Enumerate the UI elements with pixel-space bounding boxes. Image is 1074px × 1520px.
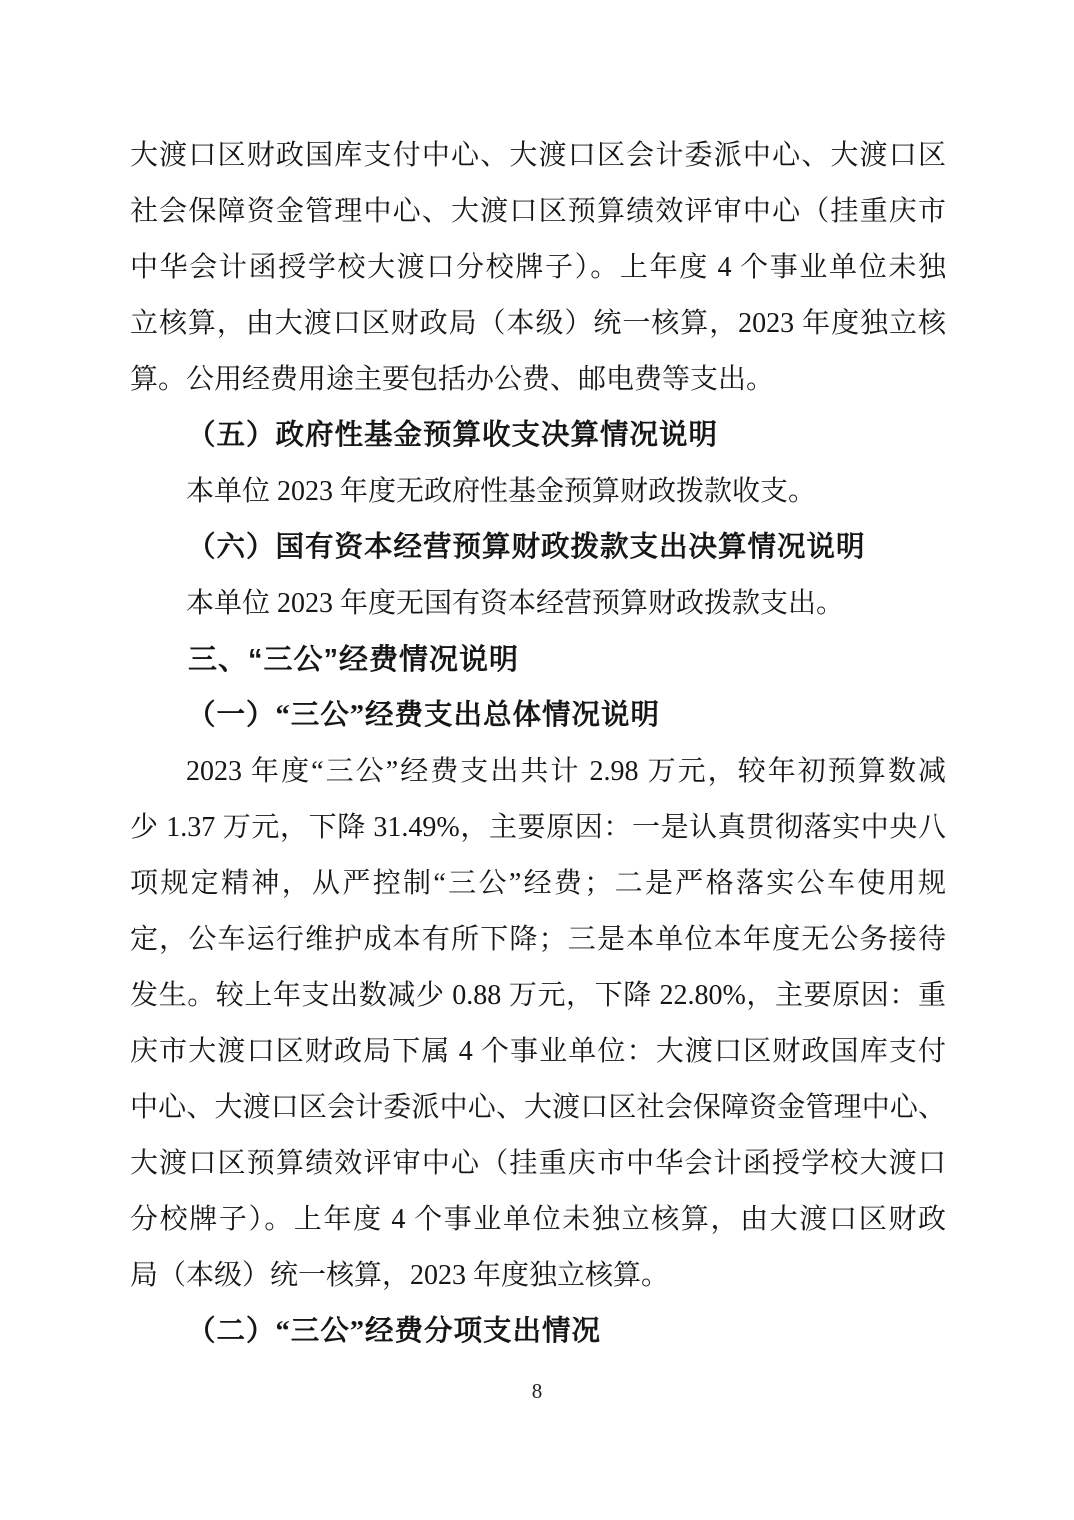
text-line: 中华会计函授学校大渡口分校牌子）。上年度 4 个事业单位未独 (130, 240, 946, 296)
subsection-heading: （六）国有资本经营预算财政拨款支出决算情况说明 (130, 520, 946, 576)
text-line: 立核算，由大渡口区财政局（本级）统一核算，2023 年度独立核 (130, 296, 946, 352)
paragraph: 本单位 2023 年度无政府性基金预算财政拨款收支。 (130, 464, 946, 520)
text-line: 少 1.37 万元，下降 31.49%，主要原因：一是认真贯彻落实中央八 (130, 800, 946, 856)
text-line: 本单位 2023 年度无国有资本经营预算财政拨款支出。 (130, 576, 946, 632)
subsection-heading: （二）“三公”经费分项支出情况 (130, 1304, 946, 1360)
text-line: 分校牌子）。上年度 4 个事业单位未独立核算，由大渡口区财政 (130, 1192, 946, 1248)
document-page: 大渡口区财政国库支付中心、大渡口区会计委派中心、大渡口区社会保障资金管理中心、大… (0, 0, 1074, 1520)
paragraph: 大渡口区财政国库支付中心、大渡口区会计委派中心、大渡口区社会保障资金管理中心、大… (130, 128, 946, 408)
text-line: 中心、大渡口区会计委派中心、大渡口区社会保障资金管理中心、 (130, 1080, 946, 1136)
page-number: 8 (0, 1378, 1074, 1404)
subsection-heading: （一）“三公”经费支出总体情况说明 (130, 688, 946, 744)
paragraph: 本单位 2023 年度无国有资本经营预算财政拨款支出。 (130, 576, 946, 632)
text-line: 发生。较上年支出数减少 0.88 万元，下降 22.80%，主要原因：重 (130, 968, 946, 1024)
text-line: 局（本级）统一核算，2023 年度独立核算。 (130, 1248, 946, 1304)
text-line: 庆市大渡口区财政局下属 4 个事业单位：大渡口区财政国库支付 (130, 1024, 946, 1080)
subsection-heading: （五）政府性基金预算收支决算情况说明 (130, 408, 946, 464)
text-line: 项规定精神，从严控制“三公”经费；二是严格落实公车使用规 (130, 856, 946, 912)
text-line: 算。公用经费用途主要包括办公费、邮电费等支出。 (130, 352, 946, 408)
text-line: 大渡口区预算绩效评审中心（挂重庆市中华会计函授学校大渡口 (130, 1136, 946, 1192)
text-line: 定，公车运行维护成本有所下降；三是本单位本年度无公务接待 (130, 912, 946, 968)
text-line: 本单位 2023 年度无政府性基金预算财政拨款收支。 (130, 464, 946, 520)
text-line: 大渡口区财政国库支付中心、大渡口区会计委派中心、大渡口区 (130, 128, 946, 184)
text-line: 2023 年度“三公”经费支出共计 2.98 万元，较年初预算数减 (130, 744, 946, 800)
section-heading: 三、“三公”经费情况说明 (130, 632, 946, 688)
paragraph: 2023 年度“三公”经费支出共计 2.98 万元，较年初预算数减少 1.37 … (130, 744, 946, 1304)
text-line: 社会保障资金管理中心、大渡口区预算绩效评审中心（挂重庆市 (130, 184, 946, 240)
document-body: 大渡口区财政国库支付中心、大渡口区会计委派中心、大渡口区社会保障资金管理中心、大… (130, 128, 946, 1360)
